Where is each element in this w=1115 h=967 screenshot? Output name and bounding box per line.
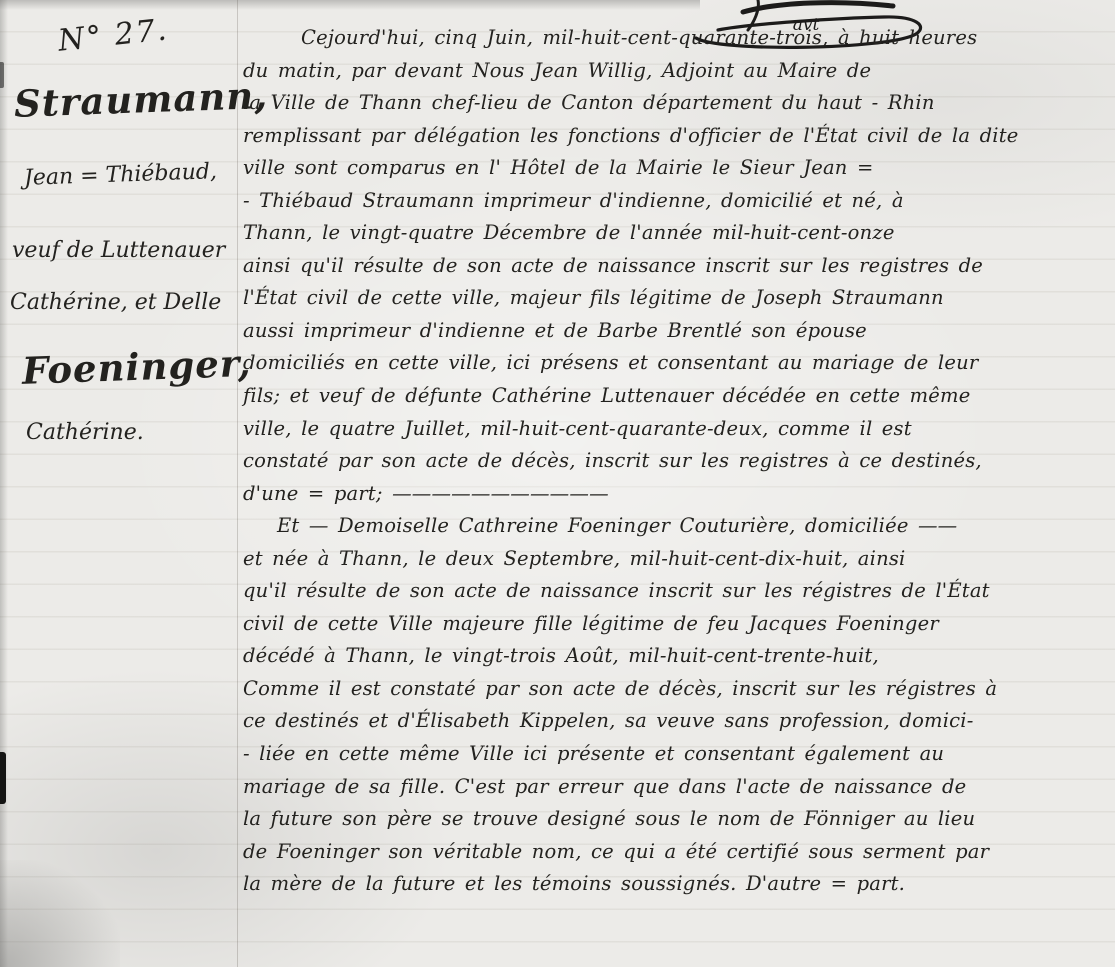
body-line: d'une = part; ———————————	[243, 482, 1109, 515]
body-line: Et — Demoiselle Cathreine Foeninger Cout…	[243, 514, 1109, 547]
body-line: et née à Thann, le deux Septembre, mil-h…	[243, 547, 1109, 580]
scanned-marriage-record-page: avt N° 27. Straumann, Jean = Thiébaud, v…	[0, 0, 1115, 967]
body-line: domiciliés en cette ville, ici présens e…	[243, 351, 1109, 384]
body-line: la Ville de Thann chef-lieu de Canton dé…	[243, 91, 1109, 124]
margin-widower-note: veuf de Luttenauer	[12, 238, 232, 263]
margin-rule-line	[237, 0, 238, 967]
margin-widower-note2: Cathérine, et Delle	[10, 290, 230, 315]
body-line: la mère de la future et les témoins sous…	[243, 872, 1109, 905]
body-line: remplissant par délégation les fonctions…	[243, 124, 1109, 157]
body-line: aussi imprimeur d'indienne et de Barbe B…	[243, 319, 1109, 352]
act-number: N° 27.	[56, 12, 170, 58]
body-line: ville sont comparus en l' Hôtel de la Ma…	[243, 156, 1109, 189]
body-line: l'État civil de cette ville, majeur fils…	[243, 286, 1109, 319]
scan-corner-shadow	[0, 860, 120, 967]
body-line: ce destinés et d'Élisabeth Kippelen, sa …	[243, 709, 1109, 742]
body-line: mariage de sa fille. C'est par erreur qu…	[243, 775, 1109, 808]
body-line: du matin, par devant Nous Jean Willig, A…	[243, 59, 1109, 92]
body-line: - Thiébaud Straumann imprimeur d'indienn…	[243, 189, 1109, 222]
body-line: la future son père se trouve designé sou…	[243, 807, 1109, 840]
body-line: de Foeninger son véritable nom, ce qui a…	[243, 840, 1109, 873]
scan-ink-blot	[0, 62, 4, 88]
scan-ink-blot	[0, 752, 6, 804]
body-line: Cejourd'hui, cinq Juin, mil-huit-cent-qu…	[243, 26, 1109, 59]
body-line: Comme il est constaté par son acte de dé…	[243, 677, 1109, 710]
body-line: ville, le quatre Juillet, mil-huit-cent-…	[243, 417, 1109, 450]
margin-groom-givenname: Jean = Thiébaud,	[24, 158, 245, 191]
body-line: - liée en cette même Ville ici présente …	[243, 742, 1109, 775]
scan-edge-artifact	[0, 0, 700, 10]
margin-bride-givenname: Cathérine.	[26, 420, 246, 445]
body-line: qu'il résulte de son acte de naissance i…	[243, 579, 1109, 612]
body-line: constaté par son acte de décès, inscrit …	[243, 449, 1109, 482]
body-line: décédé à Thann, le vingt-trois Août, mil…	[243, 644, 1109, 677]
margin-groom-surname: Straumann,	[13, 74, 234, 126]
act-body-text: Cejourd'hui, cinq Juin, mil-huit-cent-qu…	[243, 26, 1109, 905]
body-line: ainsi qu'il résulte de son acte de naiss…	[243, 254, 1109, 287]
margin-bride-surname: Foeninger,	[21, 341, 242, 393]
body-line: Thann, le vingt-quatre Décembre de l'ann…	[243, 221, 1109, 254]
body-line: fils; et veuf de défunte Cathérine Lutte…	[243, 384, 1109, 417]
body-line: civil de cette Ville majeure fille légit…	[243, 612, 1109, 645]
scan-edge-artifact	[0, 0, 8, 967]
